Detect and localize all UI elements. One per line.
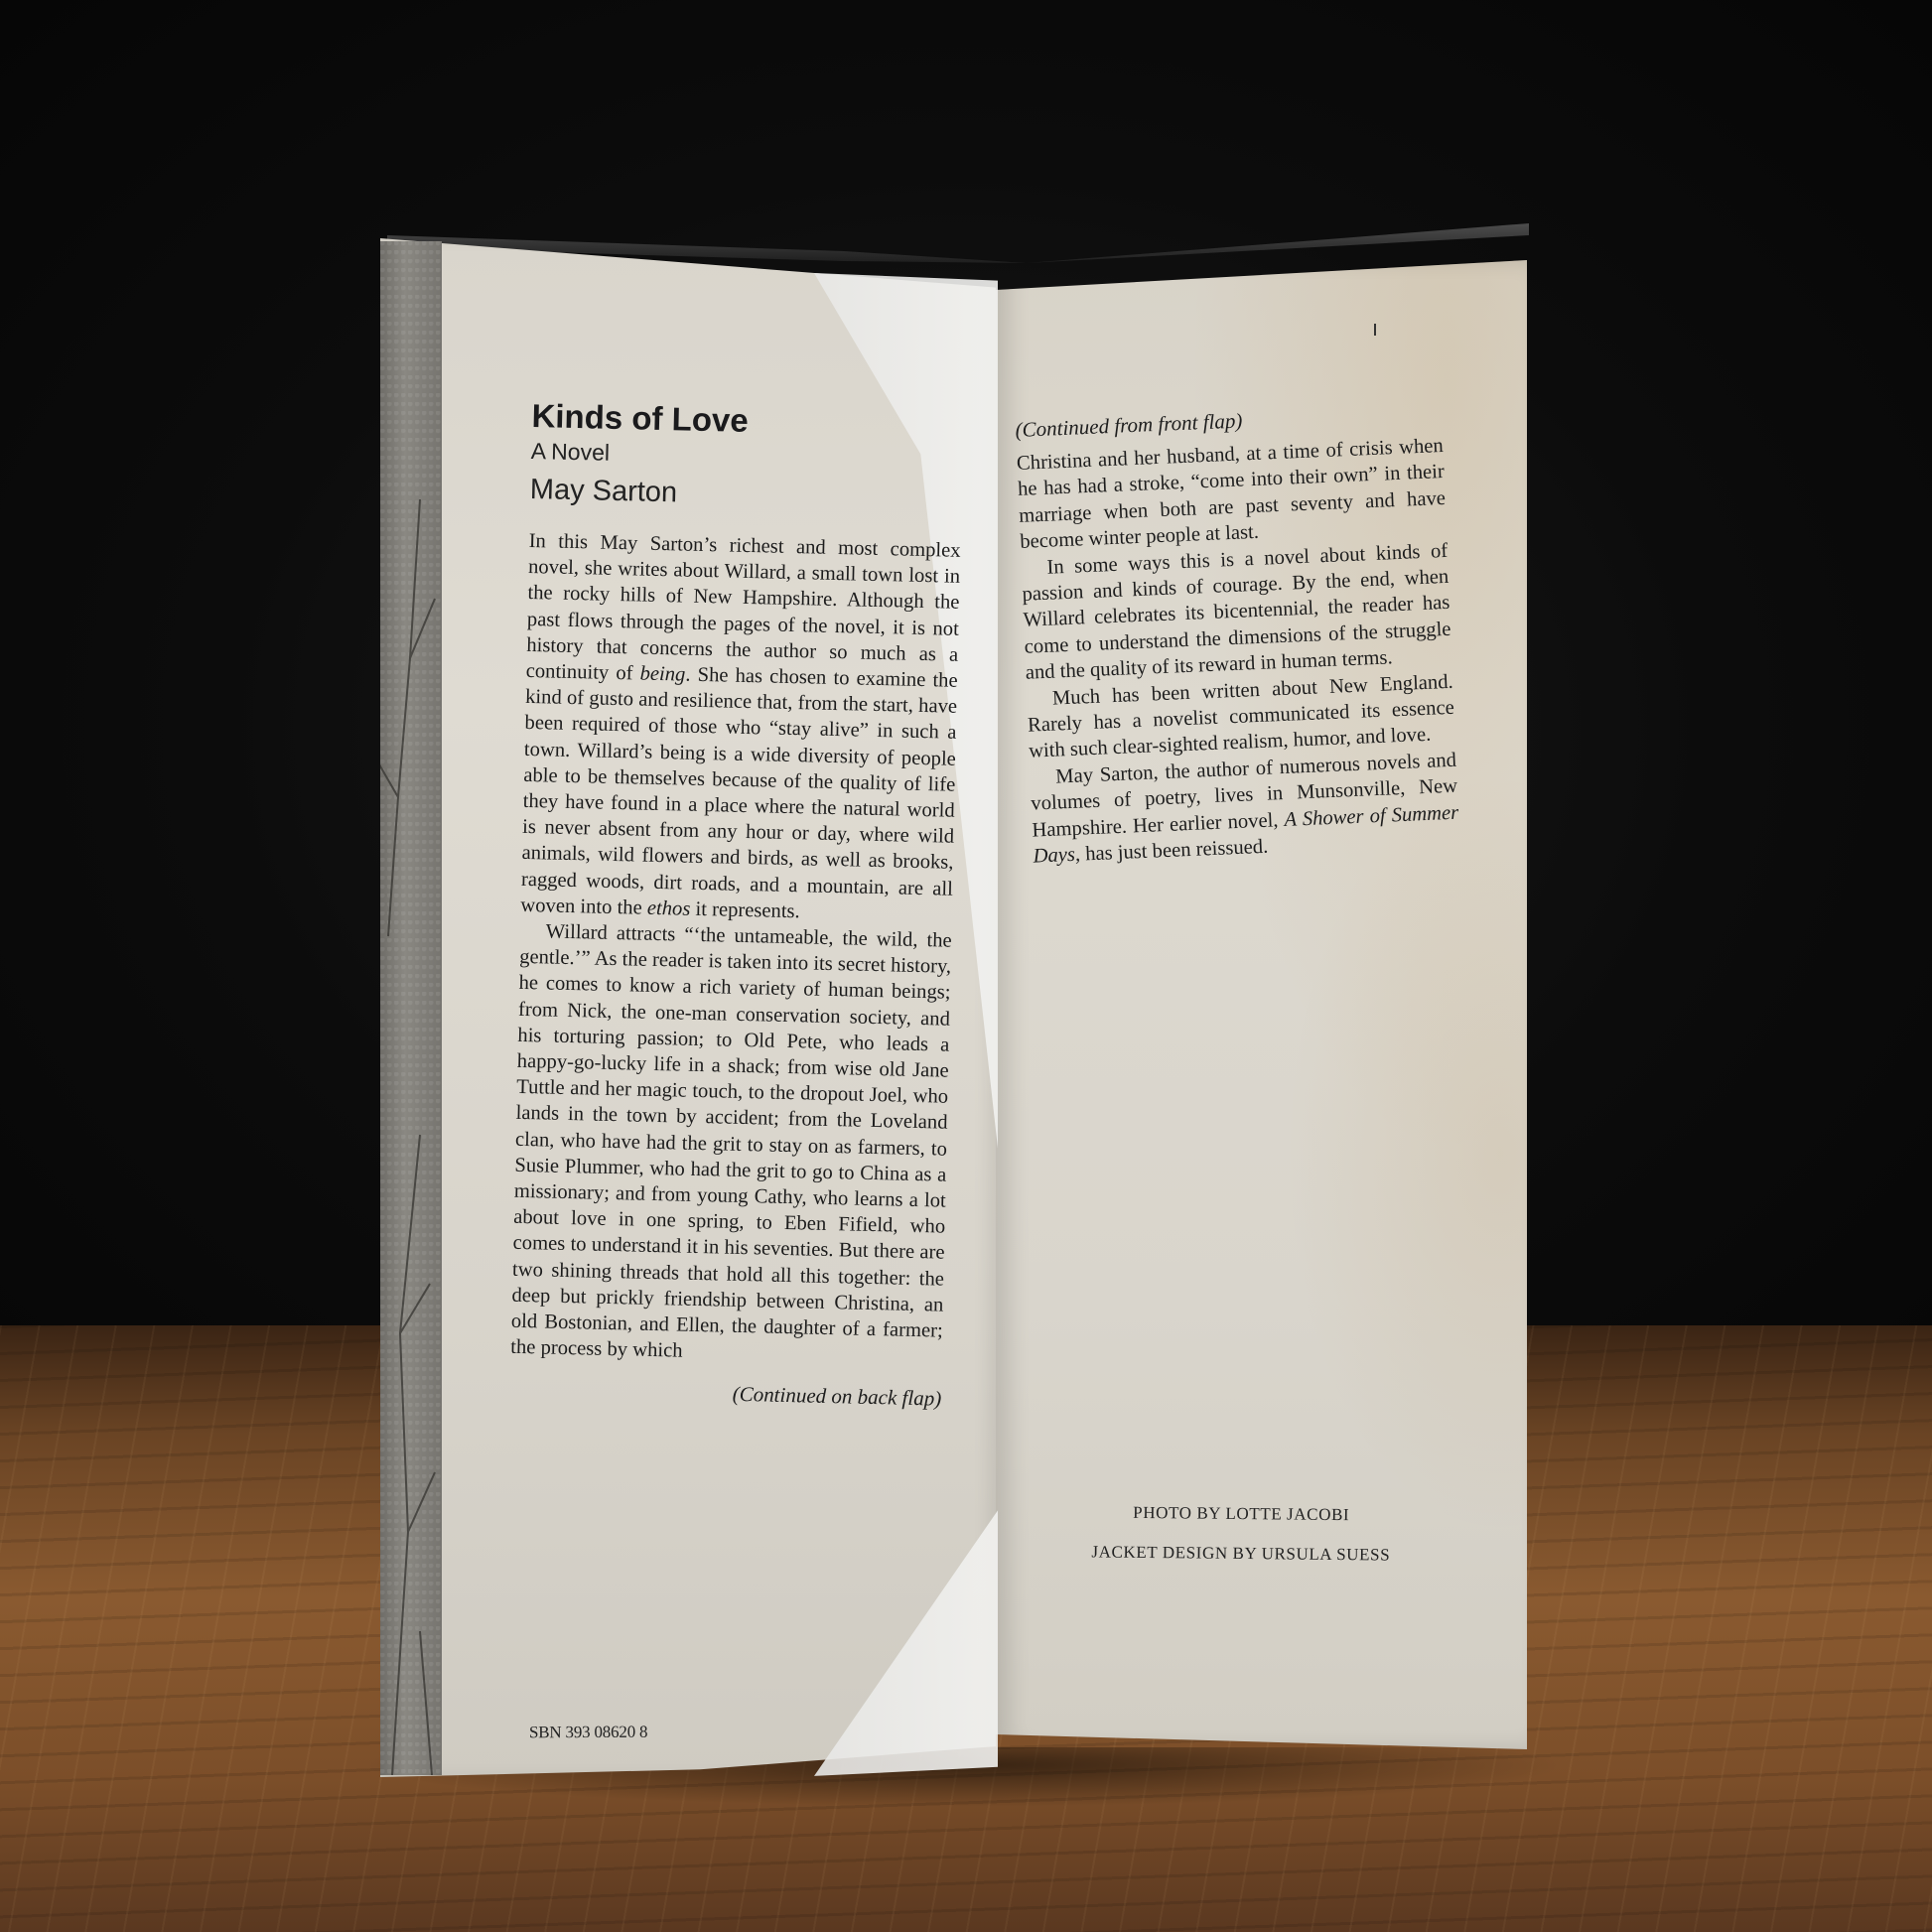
back-flap-text: (Continued from front flap) Christina an… [1015,397,1460,870]
jacket-credits: PHOTO BY LOTTE JACOBI JACKET DESIGN BY U… [1052,1492,1431,1576]
book-author: May Sarton [529,467,962,522]
front-flap-text: Kinds of Love A Novel May Sarton In this… [509,397,964,1411]
dust-jacket: Kinds of Love A Novel May Sarton In this… [0,0,1932,1932]
paragraph: In this May Sarton’s richest and most co… [520,528,961,928]
front-flap-blurb: In this May Sarton’s richest and most co… [510,528,961,1370]
ink-mark [1374,324,1376,336]
design-credit: JACKET DESIGN BY URSULA SUESS [1052,1532,1430,1576]
back-flap-blurb: Christina and her husband, at a time of … [1017,433,1460,870]
paragraph: Willard attracts “‘the untameable, the w… [510,918,952,1370]
sbn-number: SBN 393 08620 8 [529,1723,647,1743]
tree-branch-icon [380,241,442,1775]
paragraph: May Sarton, the author of numerous novel… [1030,748,1460,871]
paragraph: Christina and her husband, at a time of … [1017,433,1448,556]
paragraph: In some ways this is a novel about kinds… [1021,537,1452,686]
photo-credit: PHOTO BY LOTTE JACOBI [1052,1492,1430,1536]
spine-tree-artwork [380,241,442,1775]
